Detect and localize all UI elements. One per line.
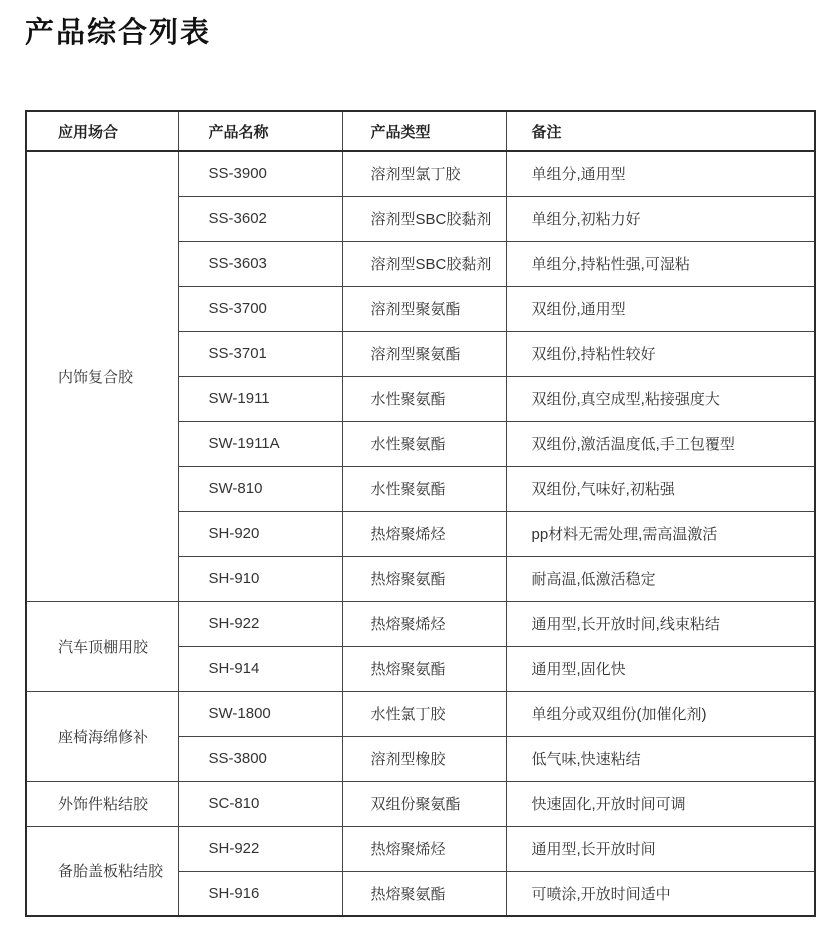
product-name-cell: SS-3800 <box>178 736 342 781</box>
product-type-cell: 水性氯丁胶 <box>342 691 506 736</box>
product-type-cell: 水性聚氨酯 <box>342 376 506 421</box>
product-type-cell: 溶剂型聚氨酯 <box>342 286 506 331</box>
product-name-cell: SS-3602 <box>178 196 342 241</box>
column-header-product-name: 产品名称 <box>178 111 342 151</box>
product-name-cell: SS-3603 <box>178 241 342 286</box>
product-type-cell: 溶剂型SBC胶黏剂 <box>342 196 506 241</box>
product-name-cell: SC-810 <box>178 781 342 826</box>
product-name-cell: SH-920 <box>178 511 342 556</box>
table-row: 外饰件粘结胶SC-810双组份聚氨酯快速固化,开放时间可调 <box>26 781 815 826</box>
table-row: 汽车顶棚用胶SH-922热熔聚烯烃通用型,长开放时间,线束粘结 <box>26 601 815 646</box>
table-row: 座椅海绵修补SW-1800水性氯丁胶单组分或双组份(加催化剂) <box>26 691 815 736</box>
remark-cell: 单组分,初粘力好 <box>506 196 815 241</box>
product-type-cell: 双组份聚氨酯 <box>342 781 506 826</box>
page: 产品综合列表 应用场合 产品名称 产品类型 备注 内饰复合胶SS-3900溶剂型… <box>0 0 836 931</box>
product-type-cell: 热熔聚氨酯 <box>342 556 506 601</box>
remark-cell: 双组份,真空成型,粘接强度大 <box>506 376 815 421</box>
product-name-cell: SS-3900 <box>178 151 342 196</box>
product-type-cell: 溶剂型聚氨酯 <box>342 331 506 376</box>
product-type-cell: 热熔聚烯烃 <box>342 826 506 871</box>
product-type-cell: 溶剂型SBC胶黏剂 <box>342 241 506 286</box>
remark-cell: 通用型,长开放时间 <box>506 826 815 871</box>
remark-cell: 低气味,快速粘结 <box>506 736 815 781</box>
product-type-cell: 水性聚氨酯 <box>342 421 506 466</box>
table-row: 备胎盖板粘结胶SH-922热熔聚烯烃通用型,长开放时间 <box>26 826 815 871</box>
product-type-cell: 热熔聚烯烃 <box>342 601 506 646</box>
table-body: 内饰复合胶SS-3900溶剂型氯丁胶单组分,通用型SS-3602溶剂型SBC胶黏… <box>26 151 815 916</box>
remark-cell: 单组分,通用型 <box>506 151 815 196</box>
product-name-cell: SW-810 <box>178 466 342 511</box>
remark-cell: 双组份,气味好,初粘强 <box>506 466 815 511</box>
column-header-remarks: 备注 <box>506 111 815 151</box>
product-name-cell: SS-3700 <box>178 286 342 331</box>
product-type-cell: 热熔聚烯烃 <box>342 511 506 556</box>
product-name-cell: SS-3701 <box>178 331 342 376</box>
page-title: 产品综合列表 <box>25 10 211 51</box>
product-name-cell: SH-916 <box>178 871 342 916</box>
column-header-product-type: 产品类型 <box>342 111 506 151</box>
remark-cell: 双组份,持粘性较好 <box>506 331 815 376</box>
product-name-cell: SH-914 <box>178 646 342 691</box>
application-cell: 内饰复合胶 <box>26 151 178 601</box>
remark-cell: 可喷涂,开放时间适中 <box>506 871 815 916</box>
product-type-cell: 热熔聚氨酯 <box>342 646 506 691</box>
header-row: 应用场合 产品名称 产品类型 备注 <box>26 111 815 151</box>
remark-cell: 单组分,持粘性强,可湿粘 <box>506 241 815 286</box>
table-row: 内饰复合胶SS-3900溶剂型氯丁胶单组分,通用型 <box>26 151 815 196</box>
remark-cell: 双组份,激活温度低,手工包覆型 <box>506 421 815 466</box>
remark-cell: 快速固化,开放时间可调 <box>506 781 815 826</box>
product-type-cell: 溶剂型氯丁胶 <box>342 151 506 196</box>
product-table: 应用场合 产品名称 产品类型 备注 内饰复合胶SS-3900溶剂型氯丁胶单组分,… <box>25 110 816 917</box>
remark-cell: 通用型,固化快 <box>506 646 815 691</box>
product-name-cell: SW-1911 <box>178 376 342 421</box>
application-cell: 汽车顶棚用胶 <box>26 601 178 691</box>
table-header: 应用场合 产品名称 产品类型 备注 <box>26 111 815 151</box>
remark-cell: 双组份,通用型 <box>506 286 815 331</box>
remark-cell: 耐高温,低激活稳定 <box>506 556 815 601</box>
product-name-cell: SW-1800 <box>178 691 342 736</box>
application-cell: 备胎盖板粘结胶 <box>26 826 178 916</box>
application-cell: 座椅海绵修补 <box>26 691 178 781</box>
application-cell: 外饰件粘结胶 <box>26 781 178 826</box>
remark-cell: pp材料无需处理,需高温激活 <box>506 511 815 556</box>
product-name-cell: SW-1911A <box>178 421 342 466</box>
column-header-application: 应用场合 <box>26 111 178 151</box>
remark-cell: 通用型,长开放时间,线束粘结 <box>506 601 815 646</box>
remark-cell: 单组分或双组份(加催化剂) <box>506 691 815 736</box>
product-name-cell: SH-922 <box>178 826 342 871</box>
product-type-cell: 溶剂型橡胶 <box>342 736 506 781</box>
product-name-cell: SH-910 <box>178 556 342 601</box>
product-name-cell: SH-922 <box>178 601 342 646</box>
product-type-cell: 热熔聚氨酯 <box>342 871 506 916</box>
product-type-cell: 水性聚氨酯 <box>342 466 506 511</box>
